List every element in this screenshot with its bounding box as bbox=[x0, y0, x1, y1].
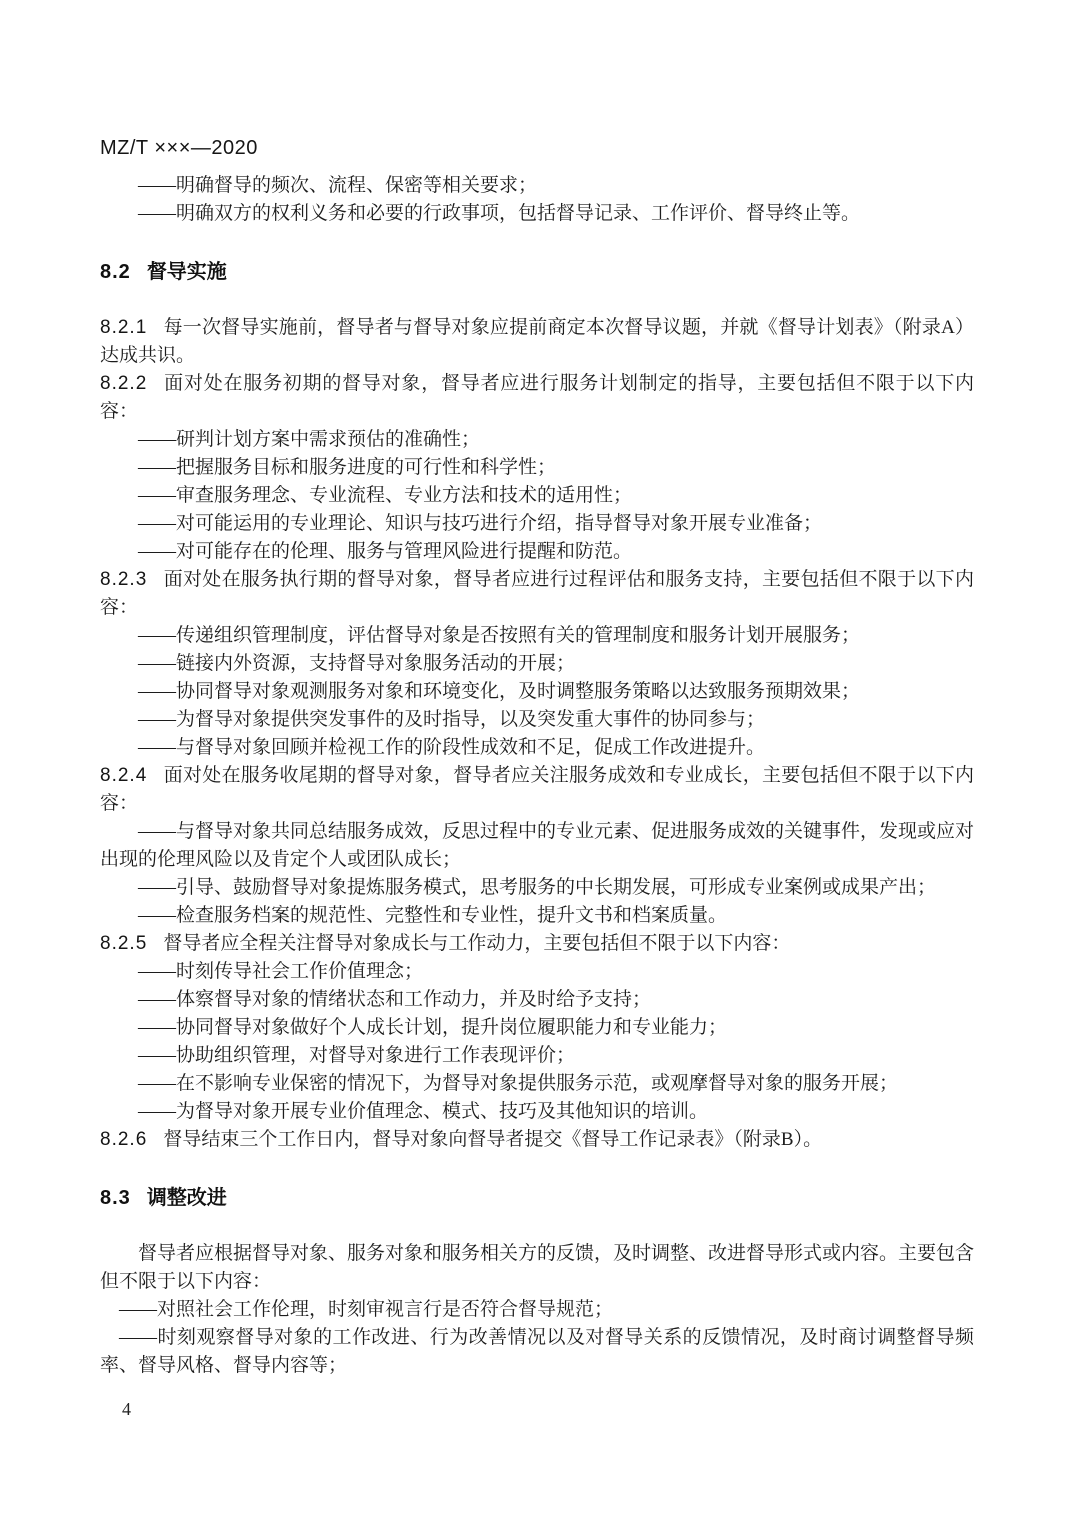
section-8-2: 8.2督导实施 8.2.1每一次督导实施前，督导者与督导对象应提前商定本次督导议… bbox=[100, 258, 974, 1154]
clause-text: 面对处在服务执行期的督导对象，督导者应进行过程评估和服务支持，主要包括但不限于以… bbox=[100, 569, 974, 618]
clause-number: 8.2.1 bbox=[100, 317, 147, 338]
list-item: ——审查服务理念、专业流程、专业方法和技术的适用性； bbox=[100, 482, 974, 510]
clause-text: 督导者应全程关注督导对象成长与工作动力，主要包括但不限于以下内容： bbox=[163, 933, 790, 954]
clause-text: 督导结束三个工作日内，督导对象向督导者提交《督导工作记录表》（附录B）。 bbox=[163, 1129, 822, 1150]
list-item: ——为督导对象开展专业价值理念、模式、技巧及其他知识的培训。 bbox=[100, 1098, 974, 1126]
clause-number: 8.2.4 bbox=[100, 765, 147, 786]
intro-list: ——明确督导的频次、流程、保密等相关要求； ——明确双方的权利义务和必要的行政事… bbox=[100, 172, 974, 228]
list-item: ——传递组织管理制度，评估督导对象是否按照有关的管理制度和服务计划开展服务； bbox=[100, 622, 974, 650]
page-number: 4 bbox=[122, 1398, 131, 1420]
list-item: ——把握服务目标和服务进度的可行性和科学性； bbox=[100, 454, 974, 482]
list-item: ——引导、鼓励督导对象提炼服务模式，思考服务的中长期发展，可形成专业案例或成果产… bbox=[100, 874, 974, 902]
list-item: ——明确督导的频次、流程、保密等相关要求； bbox=[100, 172, 974, 200]
clause-8-2-3: 8.2.3面对处在服务执行期的督导对象，督导者应进行过程评估和服务支持，主要包括… bbox=[100, 566, 974, 622]
list-item: ——研判计划方案中需求预估的准确性； bbox=[100, 426, 974, 454]
list-item: ——体察督导对象的情绪状态和工作动力，并及时给予支持； bbox=[100, 986, 974, 1014]
clause-number: 8.2.2 bbox=[100, 373, 147, 394]
list-item: ——协助组织管理，对督导对象进行工作表现评价； bbox=[100, 1042, 974, 1070]
list-item: ——时刻传导社会工作价值理念； bbox=[100, 958, 974, 986]
list-item: ——对可能存在的伦理、服务与管理风险进行提醒和防范。 bbox=[100, 538, 974, 566]
section-8-3: 8.3调整改进 督导者应根据督导对象、服务对象和服务相关方的反馈，及时调整、改进… bbox=[100, 1184, 974, 1380]
list-item: ——协同督导对象观测服务对象和环境变化，及时调整服务策略以达致服务预期效果； bbox=[100, 678, 974, 706]
clause-text: 每一次督导实施前，督导者与督导对象应提前商定本次督导议题，并就《督导计划表》（附… bbox=[100, 317, 974, 366]
list-item: ——链接内外资源，支持督导对象服务活动的开展； bbox=[100, 650, 974, 678]
document-code-header: MZ/T ×××—2020 bbox=[100, 134, 974, 162]
clause-8-2-2: 8.2.2面对处在服务初期的督导对象，督导者应进行服务计划制定的指导，主要包括但… bbox=[100, 370, 974, 426]
clause-number: 8.2.5 bbox=[100, 933, 147, 954]
clause-8-2-1: 8.2.1每一次督导实施前，督导者与督导对象应提前商定本次督导议题，并就《督导计… bbox=[100, 314, 974, 370]
list-item: ——与督导对象共同总结服务成效，反思过程中的专业元素、促进服务成效的关键事件，发… bbox=[100, 818, 974, 874]
list-item: ——与督导对象回顾并检视工作的阶段性成效和不足，促成工作改进提升。 bbox=[100, 734, 974, 762]
clause-number: 8.2.3 bbox=[100, 569, 147, 590]
list-item: ——为督导对象提供突发事件的及时指导，以及突发重大事件的协同参与； bbox=[100, 706, 974, 734]
section-heading: 8.3调整改进 bbox=[100, 1184, 974, 1212]
list-item: ——明确双方的权利义务和必要的行政事项，包括督导记录、工作评价、督导终止等。 bbox=[100, 200, 974, 228]
section-title: 督导实施 bbox=[147, 261, 227, 283]
list-item: ——时刻观察督导对象的工作改进、行为改善情况以及对督导关系的反馈情况，及时商讨调… bbox=[100, 1324, 974, 1380]
list-item: ——检查服务档案的规范性、完整性和专业性，提升文书和档案质量。 bbox=[100, 902, 974, 930]
section-paragraph: 督导者应根据督导对象、服务对象和服务相关方的反馈，及时调整、改进督导形式或内容。… bbox=[100, 1240, 974, 1296]
section-number: 8.2 bbox=[100, 261, 131, 283]
clause-8-2-6: 8.2.6督导结束三个工作日内，督导对象向督导者提交《督导工作记录表》（附录B）… bbox=[100, 1126, 974, 1154]
section-heading: 8.2督导实施 bbox=[100, 258, 974, 286]
document-page: MZ/T ×××—2020 ——明确督导的频次、流程、保密等相关要求； ——明确… bbox=[0, 0, 1080, 1380]
list-item: ——协同督导对象做好个人成长计划，提升岗位履职能力和专业能力； bbox=[100, 1014, 974, 1042]
clause-8-2-4: 8.2.4面对处在服务收尾期的督导对象，督导者应关注服务成效和专业成长，主要包括… bbox=[100, 762, 974, 818]
clause-8-2-5: 8.2.5督导者应全程关注督导对象成长与工作动力，主要包括但不限于以下内容： bbox=[100, 930, 974, 958]
clause-text: 面对处在服务收尾期的督导对象，督导者应关注服务成效和专业成长，主要包括但不限于以… bbox=[100, 765, 974, 814]
list-item: ——在不影响专业保密的情况下，为督导对象提供服务示范，或观摩督导对象的服务开展； bbox=[100, 1070, 974, 1098]
list-item: ——对可能运用的专业理论、知识与技巧进行介绍，指导督导对象开展专业准备； bbox=[100, 510, 974, 538]
clause-number: 8.2.6 bbox=[100, 1129, 147, 1150]
section-number: 8.3 bbox=[100, 1187, 131, 1209]
section-title: 调整改进 bbox=[147, 1187, 227, 1209]
clause-text: 面对处在服务初期的督导对象，督导者应进行服务计划制定的指导，主要包括但不限于以下… bbox=[100, 373, 974, 422]
list-item: ——对照社会工作伦理，时刻审视言行是否符合督导规范； bbox=[100, 1296, 974, 1324]
